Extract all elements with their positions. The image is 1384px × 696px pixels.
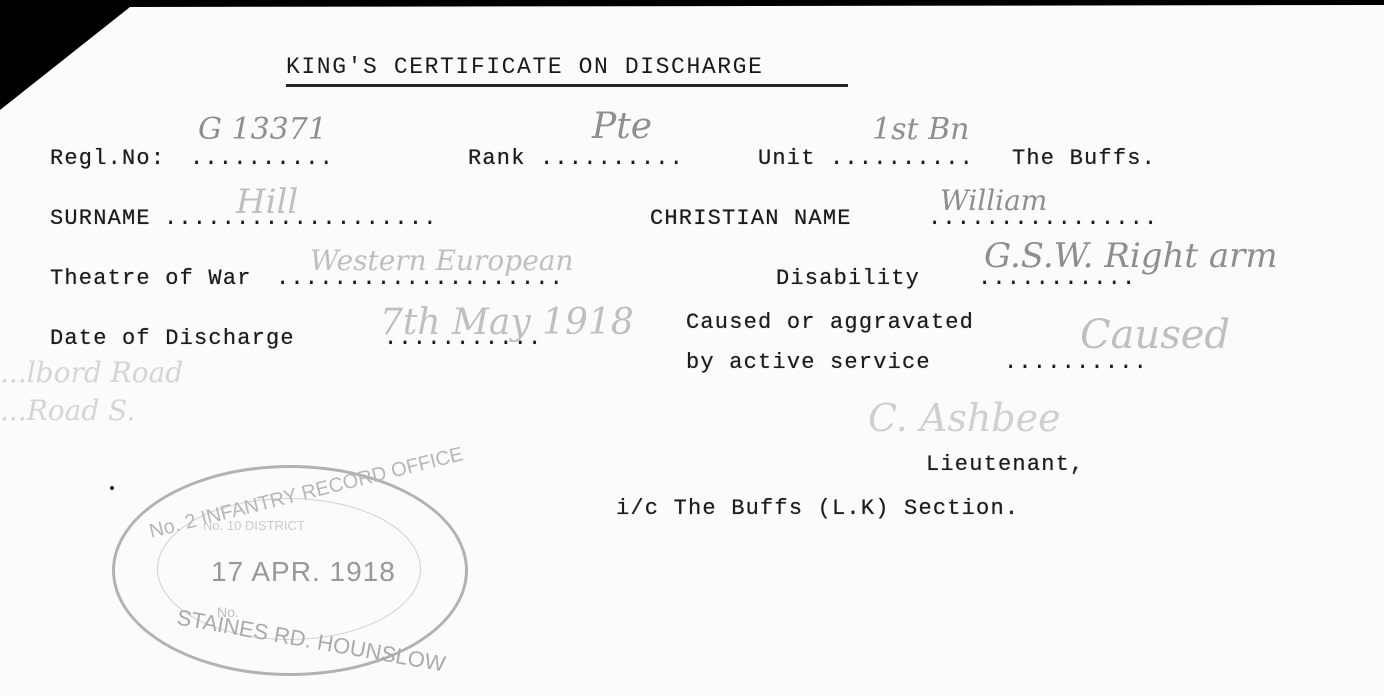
document-title: KING'S CERTIFICATE ON DISCHARGE	[286, 54, 763, 80]
unit-dots: ..........	[830, 146, 974, 171]
stamp-sub-text: No. 10 DISTRICT	[203, 518, 305, 533]
surname-label: SURNAME	[50, 206, 151, 231]
ink-dot	[110, 486, 114, 490]
date-of-discharge-value: 7th May 1918	[380, 302, 634, 343]
signatory-section: i/c The Buffs (L.K) Section.	[616, 496, 1019, 521]
regl-no-label: Regl.No:	[50, 146, 165, 171]
disability-label: Disability	[776, 266, 920, 291]
rank-dots: ..........	[540, 146, 684, 171]
surname-dots: ...................	[164, 206, 438, 231]
title-underline	[286, 84, 848, 87]
stamp-date: 17 APR. 1918	[211, 556, 396, 588]
disability-value: G.S.W. Right arm	[984, 236, 1278, 276]
record-office-stamp: No. 2 INFANTRY RECORD OFFICE No. 10 DIST…	[112, 465, 468, 676]
rank-value: Pte	[592, 106, 652, 147]
christian-name-value: William	[940, 184, 1047, 217]
theatre-of-war-label: Theatre of War	[50, 266, 252, 291]
unit-label: Unit	[758, 146, 816, 171]
caused-label-line1: Caused or aggravated	[686, 310, 974, 335]
rank-label: Rank	[468, 146, 526, 171]
certificate-page: KING'S CERTIFICATE ON DISCHARGE Regl.No:…	[0, 0, 1384, 696]
caused-value: Caused	[1080, 312, 1230, 358]
date-of-discharge-label: Date of Discharge	[50, 326, 295, 351]
surname-value: Hill	[236, 182, 298, 222]
address-note-line2: ...Road S.	[0, 394, 135, 427]
regl-no-dots: ..........	[190, 146, 334, 171]
unit-value: 1st Bn	[872, 112, 969, 147]
signature: C. Ashbee	[868, 396, 1061, 440]
signatory-rank: Lieutenant,	[926, 452, 1084, 477]
regl-no-value: G 13371	[198, 112, 327, 147]
caused-label-line2: by active service	[686, 350, 931, 375]
theatre-of-war-value: Western European	[310, 244, 574, 277]
unit-regiment: The Buffs.	[1012, 146, 1156, 171]
christian-name-label: CHRISTIAN NAME	[650, 206, 852, 231]
address-note-line1: ...lbord Road	[0, 356, 183, 389]
